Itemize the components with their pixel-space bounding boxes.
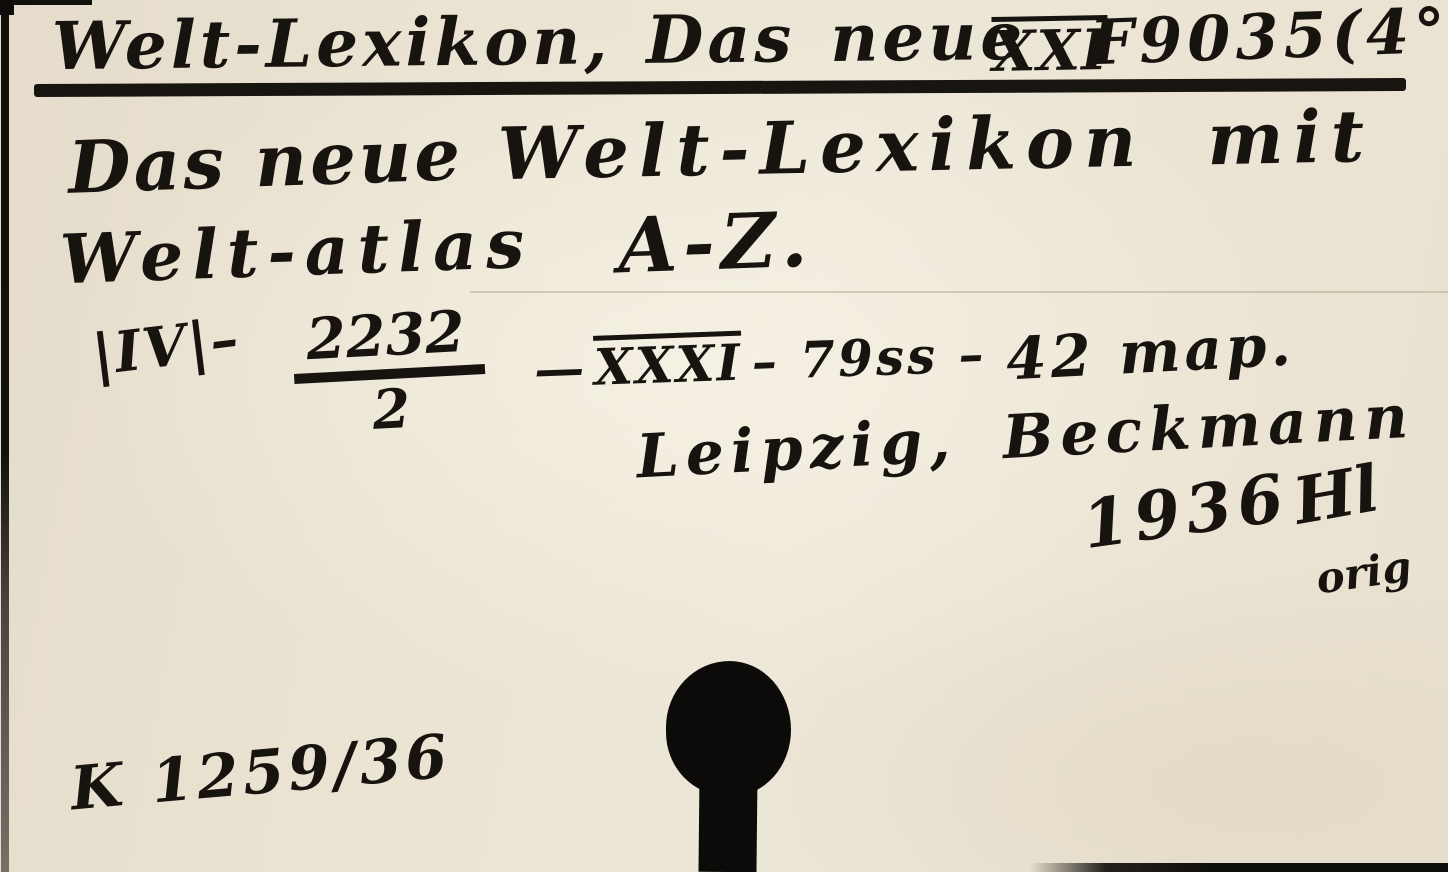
punch-hole-slot-icon: [698, 772, 757, 872]
card-bottom-edge-shadow: [1030, 863, 1448, 872]
catalog-card: Welt-Lexikon, Das neue XXI F9035(4° Das …: [0, 0, 1448, 872]
heading-shelfmark: F9035(4°: [1089, 0, 1448, 79]
heading-title: Welt-Lexikon, Das neue: [52, 0, 1027, 85]
collation-middle: — XXXI – 79ss –: [533, 322, 987, 399]
collation-prefix: |IV|–: [89, 305, 244, 389]
fraction-numerator: 2232: [291, 301, 485, 384]
fraction-denominator: 2: [371, 378, 412, 439]
title-line1-part2: Welt-Lexikon mit: [497, 93, 1375, 196]
card-left-edge: [1, 0, 9, 872]
card-crease-line: [470, 291, 1448, 293]
title-line2-part2: A-Z.: [617, 195, 815, 291]
imprint-year: 1936: [1078, 458, 1295, 564]
accession-number: K 1259/36: [68, 722, 454, 825]
collation-pages: – 79ss –: [751, 324, 988, 391]
card-top-left-corner-mark: [0, 0, 14, 15]
collation-fraction: 2232 2: [291, 301, 488, 442]
collation-dash: —: [533, 338, 585, 399]
collation-volume-roman: XXXI: [593, 331, 743, 393]
title-line1-part1: Das neue: [67, 111, 465, 210]
imprint-binding-note: orig: [1313, 542, 1414, 604]
imprint-binding: Hl: [1288, 451, 1385, 540]
collation-maps: 42 map.: [1004, 310, 1296, 393]
title-line2-part1: Welt-atlas: [59, 204, 535, 300]
